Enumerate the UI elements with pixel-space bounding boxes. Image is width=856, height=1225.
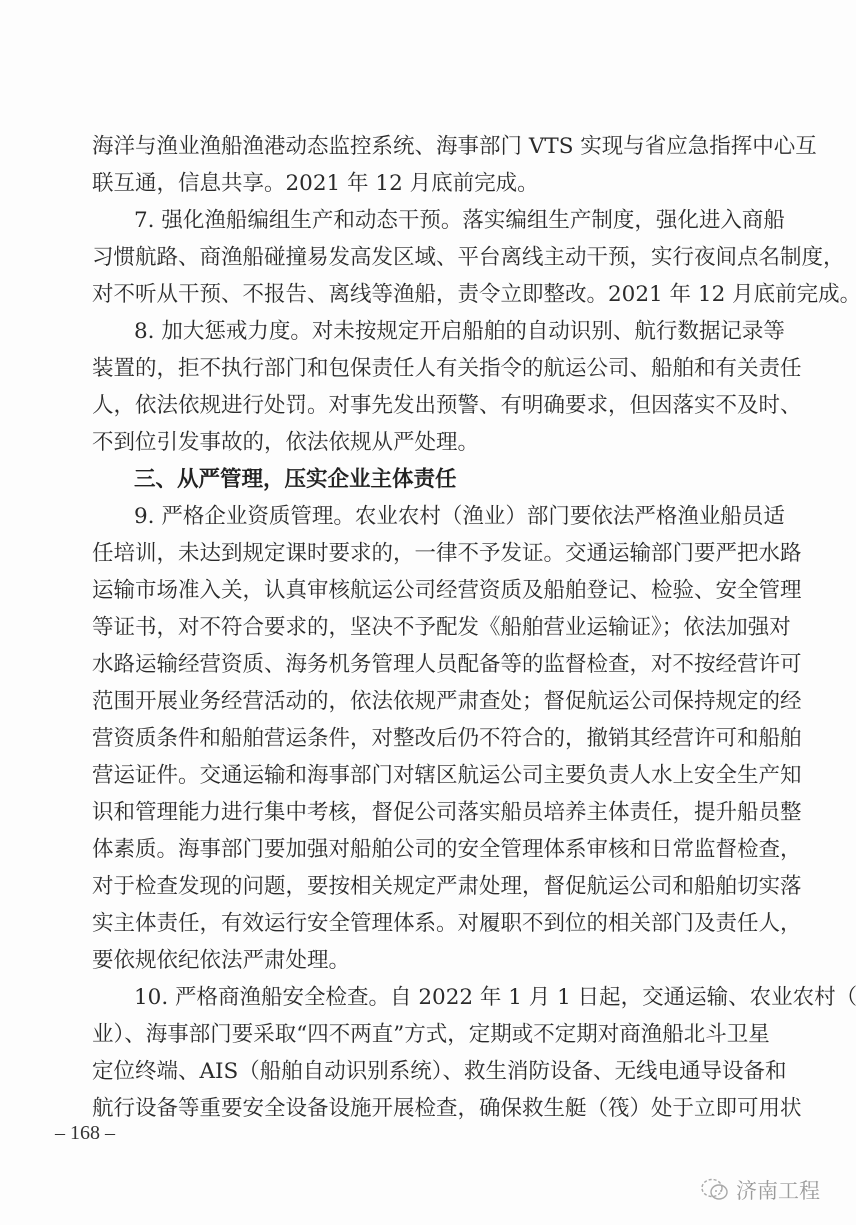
text-line: 海洋与渔业渔船渔港动态监控系统、海事部门 VTS 实现与省应急指挥中心互 [92, 132, 754, 162]
text-line: 等证书，对不符合要求的，坚决不予配发《船舶营业运输证》；依法加强对 [92, 613, 754, 643]
text-line: 营资质条件和船舶营运条件，对整改后仍不符合的，撤销其经营许可和船舶 [92, 724, 754, 754]
text-line: 装置的，拒不执行部门和包保责任人有关指令的航运公司、船舶和有关责任 [92, 354, 754, 384]
document-page: 海洋与渔业渔船渔港动态监控系统、海事部门 VTS 实现与省应急指挥中心互联互通，… [0, 0, 856, 1225]
watermark-text: 济南工程 [736, 1175, 820, 1205]
text-line: 对不听从干预、不报告、离线等渔船，责令立即整改。2021 年 12 月底前完成。 [92, 280, 754, 310]
text-line: 范围开展业务经营活动的，依法依规严肃查处；督促航运公司保持规定的经 [92, 687, 754, 717]
page-number: – 168 – [55, 1122, 115, 1145]
text-line: 人，依法依规进行处罚。对事先发出预警、有明确要求，但因落实不及时、 [92, 391, 754, 421]
text-line: 实主体责任，有效运行安全管理体系。对履职不到位的相关部门及责任人， [92, 909, 754, 939]
text-line: 定位终端、AIS（船舶自动识别系统）、救生消防设备、无线电通导设备和 [92, 1057, 754, 1087]
text-line: 不到位引发事故的，依法依规从严处理。 [92, 428, 754, 458]
text-line: 联互通，信息共享。2021 年 12 月底前完成。 [92, 169, 754, 199]
text-line: 营运证件。交通运输和海事部门对辖区航运公司主要负责人水上安全生产知 [92, 761, 754, 791]
text-line: 任培训，未达到规定课时要求的，一律不予发证。交通运输部门要严把水路 [92, 539, 754, 569]
text-line: 9. 严格企业资质管理。农业农村（渔业）部门要依法严格渔业船员适 [134, 502, 754, 532]
text-line: 10. 严格商渔船安全检查。自 2022 年 1 月 1 日起，交通运输、农业农… [134, 983, 754, 1013]
text-line: 体素质。海事部门要加强对船舶公司的安全管理体系审核和日常监督检查， [92, 835, 754, 865]
text-line: 7. 强化渔船编组生产和动态干预。落实编组生产制度，强化进入商船 [134, 206, 754, 236]
section-heading: 三、从严管理，压实企业主体责任 [134, 465, 754, 495]
text-line: 习惯航路、商渔船碰撞易发高发区域、平台离线主动干预，实行夜间点名制度， [92, 243, 754, 273]
text-line: 要依规依纪依法严肃处理。 [92, 946, 754, 976]
watermark: 济南工程 [700, 1175, 820, 1205]
text-line: 8. 加大惩戒力度。对未按规定开启船舶的自动识别、航行数据记录等 [134, 317, 754, 347]
text-line: 水路运输经营资质、海务机务管理人员配备等的监督检查，对不按经营许可 [92, 650, 754, 680]
text-line: 对于检查发现的问题，要按相关规定严肃处理，督促航运公司和船舶切实落 [92, 872, 754, 902]
wechat-icon [700, 1177, 730, 1203]
text-line: 业）、海事部门要采取“四不两直”方式，定期或不定期对商渔船北斗卫星 [92, 1020, 754, 1050]
text-line: 识和管理能力进行集中考核，督促公司落实船员培养主体责任，提升船员整 [92, 798, 754, 828]
text-line: 运输市场准入关，认真审核航运公司经营资质及船舶登记、检验、安全管理 [92, 576, 754, 606]
text-line: 航行设备等重要安全设备设施开展检查，确保救生艇（筏）处于立即可用状 [92, 1094, 754, 1124]
